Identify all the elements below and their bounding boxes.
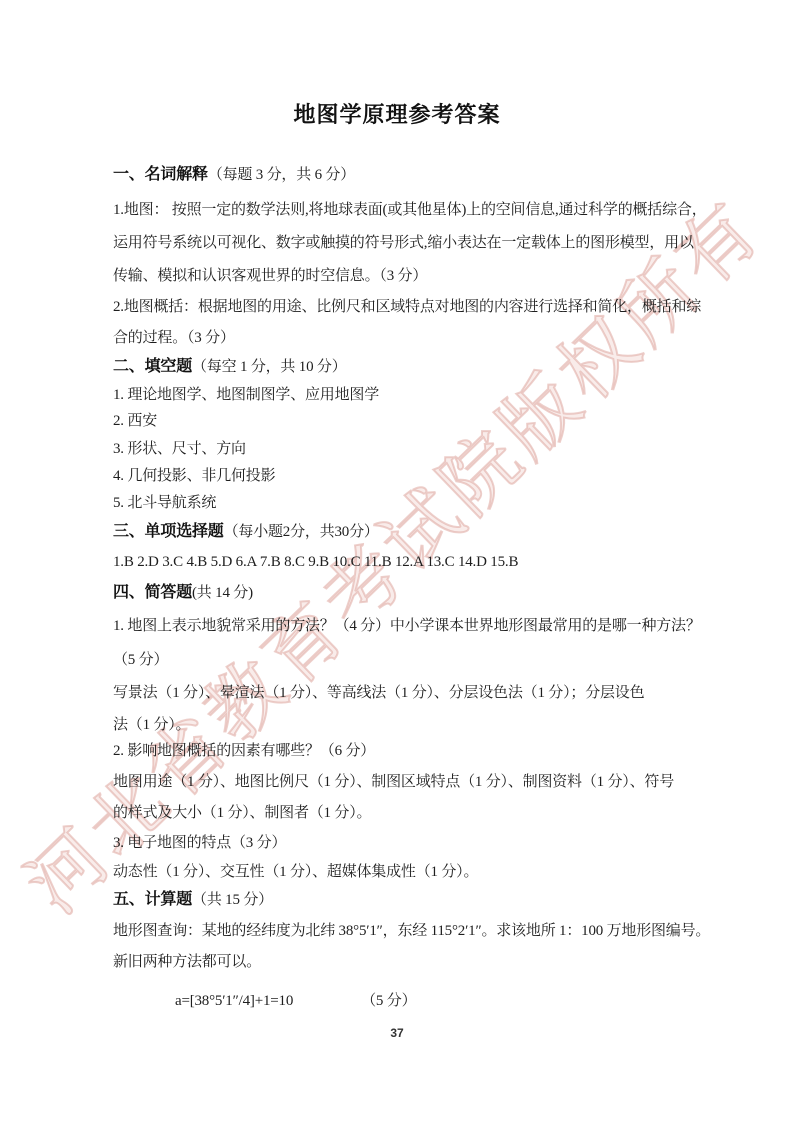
section-2-meta: （每空 1 分，共 10 分） — [192, 359, 347, 375]
page-title: 地图学原理参考答案 — [0, 98, 794, 129]
section-1-heading: 一、名词解释（每题 3 分，共 6 分） — [113, 164, 713, 186]
fill-item: 4. 几何投影、非几何投影 — [113, 465, 713, 487]
section-2-heading: 二、填空题（每空 1 分，共 10 分） — [113, 356, 713, 378]
answer-line: 地图用途（1 分）、地图比例尺（1 分）、制图区域特点（1 分）、制图资料（1 … — [113, 771, 713, 793]
paragraph-line: 2.地图概括：根据地图的用途、比例尺和区域特点对地图的内容进行选择和简化，概括和… — [113, 296, 713, 318]
paragraph-line: 合的过程。（3 分） — [113, 327, 713, 349]
section-5-heading: 五、计算题（共 15 分） — [113, 889, 713, 911]
page-number: 37 — [0, 1026, 794, 1040]
document-page: 河北省教育考试院版权所有 地图学原理参考答案 一、名词解释（每题 3 分，共 6… — [0, 0, 794, 1123]
paragraph-line: 1.地图： 按照一定的数学法则,将地球表面(或其他星体)上的空间信息,通过科学的… — [113, 199, 713, 221]
fill-item: 5. 北斗导航系统 — [113, 492, 713, 514]
fill-item: 2. 西安 — [113, 410, 713, 432]
paragraph-line: 传输、模拟和认识客观世界的时空信息。（3 分） — [113, 265, 713, 287]
section-1-meta: （每题 3 分，共 6 分） — [208, 167, 355, 183]
calc-question-line: 地形图查询：某地的经纬度为北纬 38°5′1″，东经 115°2′1″。求该地所… — [113, 920, 713, 942]
section-2-label: 二、填空题 — [113, 358, 192, 375]
fill-item: 1. 理论地图学、地图制图学、应用地图学 — [113, 384, 713, 406]
question-line: 3. 电子地图的特点（3 分） — [113, 832, 713, 854]
question-line: （5 分） — [113, 649, 713, 671]
formula-score: （5 分） — [361, 993, 416, 1009]
section-4-label: 四、简答题 — [113, 584, 192, 601]
answer-line: 动态性（1 分）、交互性（1 分）、超媒体集成性（1 分）。 — [113, 861, 713, 883]
section-5-label: 五、计算题 — [113, 891, 192, 908]
calc-question-line: 新旧两种方法都可以。 — [113, 951, 713, 973]
section-4-heading: 四、简答题(共 14 分) — [113, 582, 713, 604]
section-3-label: 三、单项选择题 — [113, 523, 224, 540]
formula-line: a=[38°5′1″/4]+1=10（5 分） — [175, 990, 775, 1012]
question-line: 2. 影响地图概括的因素有哪些？（6 分） — [113, 740, 713, 762]
question-line: 1. 地图上表示地貌常采用的方法？（4 分）中小学课本世界地形图最常用的是哪一种… — [113, 615, 713, 637]
section-5-meta: （共 15 分） — [192, 892, 273, 908]
formula: a=[38°5′1″/4]+1=10 — [175, 993, 293, 1009]
section-3-meta: （每小题2分，共30分） — [224, 524, 379, 540]
paragraph-line: 运用符号系统以可视化、数字或触摸的符号形式,缩小表达在一定载体上的图形模型，用以 — [113, 232, 713, 254]
answer-line: 法（1 分）。 — [113, 714, 713, 736]
section-4-meta: (共 14 分) — [192, 585, 253, 601]
choice-answers-line: 1.B 2.D 3.C 4.B 5.D 6.A 7.B 8.C 9.B 10.C… — [113, 551, 713, 573]
section-3-heading: 三、单项选择题（每小题2分，共30分） — [113, 521, 713, 543]
fill-item: 3. 形状、尺寸、方向 — [113, 438, 713, 460]
answer-line: 写景法（1 分）、晕渲法（1 分）、等高线法（1 分）、分层设色法（1 分）；分… — [113, 682, 713, 704]
answer-line: 的样式及大小（1 分）、制图者（1 分）。 — [113, 802, 713, 824]
section-1-label: 一、名词解释 — [113, 166, 208, 183]
